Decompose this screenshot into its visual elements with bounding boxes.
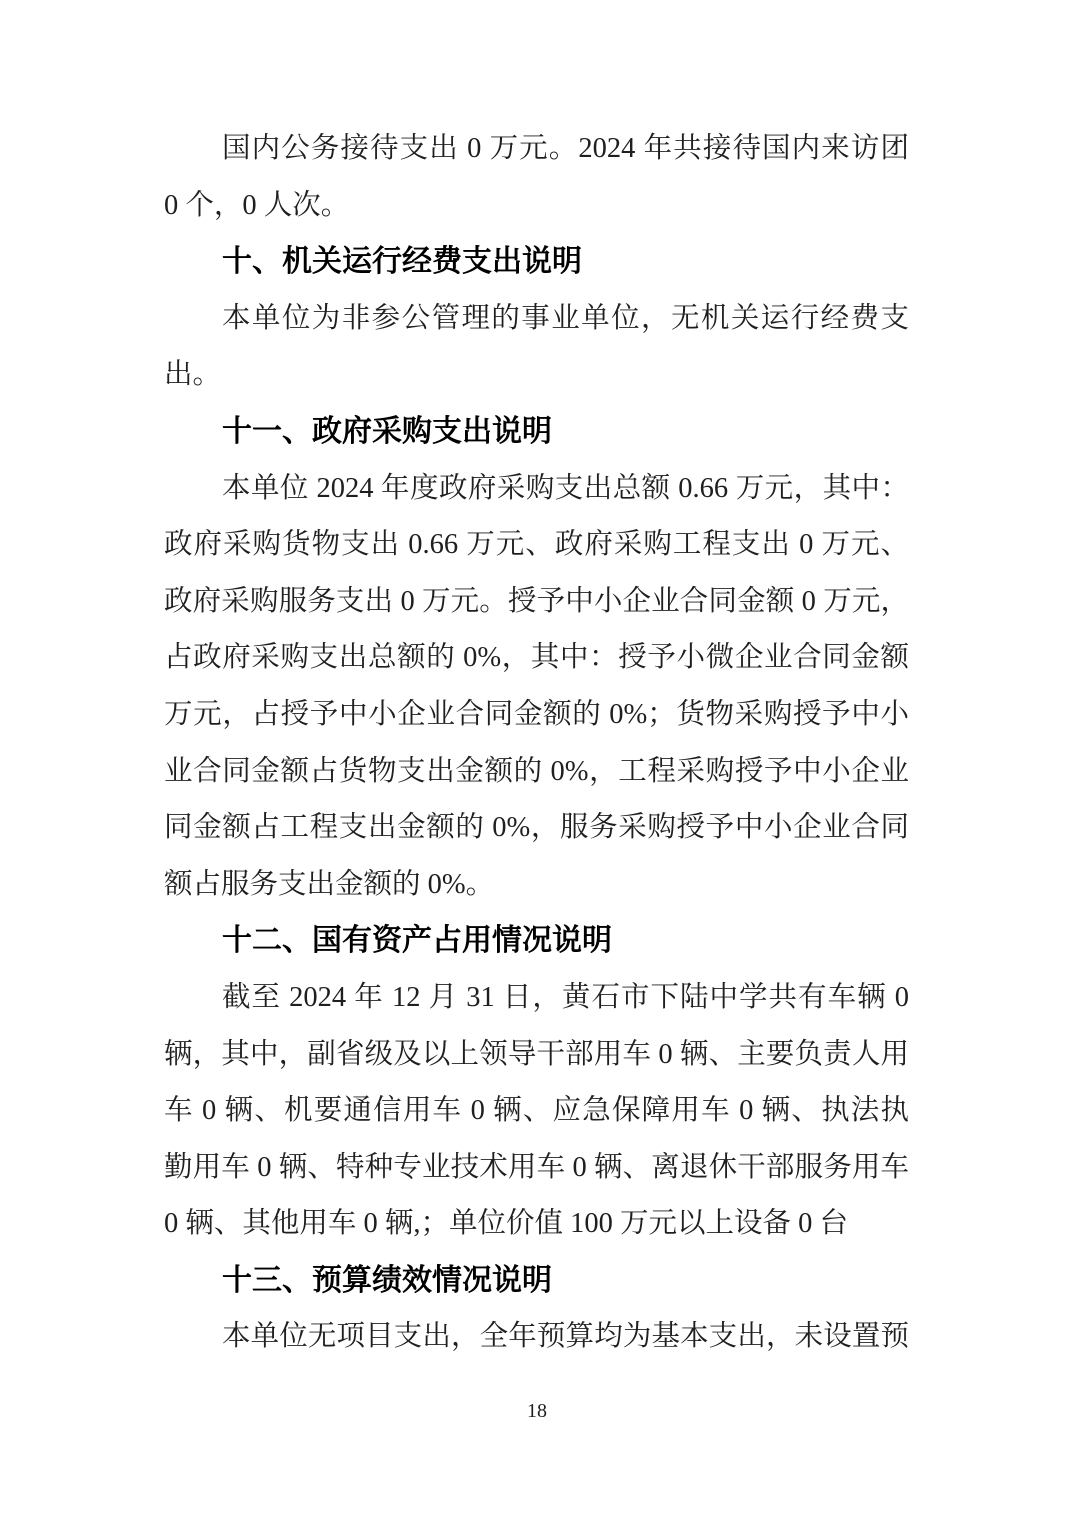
document-page: 国内公务接待支出 0 万元。2024 年共接待国内来访团组0 个，0 人次。十、… (0, 0, 1074, 1520)
paragraph-line: 万元，占授予中小企业合同金额的 0%；货物采购授予中小企 (164, 687, 909, 744)
page-number: 18 (0, 1400, 1074, 1423)
document-body: 国内公务接待支出 0 万元。2024 年共接待国内来访团组0 个，0 人次。十、… (164, 121, 909, 1366)
paragraph-line: 截至 2024 年 12 月 31 日，黄石市下陆中学共有车辆 0 (164, 970, 909, 1027)
paragraph-line: 出。 (164, 347, 909, 404)
paragraph-line: 0 辆、其他用车 0 辆,；单位价值 100 万元以上设备 0 台（套）。 (164, 1196, 909, 1253)
paragraph-line: 辆，其中，副省级及以上领导干部用车 0 辆、主要负责人用 (164, 1027, 909, 1084)
paragraph-line: 业合同金额占货物支出金额的 0%，工程采购授予中小企业合 (164, 744, 909, 801)
paragraph-line: 占政府采购支出总额的 0%，其中：授予小微企业合同金额 0 (164, 630, 909, 687)
paragraph-line: 本单位 2024 年度政府采购支出总额 0.66 万元，其中： (164, 461, 909, 518)
paragraph-line: 同金额占工程支出金额的 0%，服务采购授予中小企业合同金 (164, 800, 909, 857)
paragraph-line: 国内公务接待支出 0 万元。2024 年共接待国内来访团组 (164, 121, 909, 178)
section-heading: 十一、政府采购支出说明 (164, 404, 909, 461)
paragraph-line: 勤用车 0 辆、特种专业技术用车 0 辆、离退休干部服务用车 (164, 1140, 909, 1197)
section-heading: 十二、国有资产占用情况说明 (164, 913, 909, 970)
section-heading: 十、机关运行经费支出说明 (164, 234, 909, 291)
paragraph-line: 政府采购服务支出 0 万元。授予中小企业合同金额 0 万元， (164, 574, 909, 631)
paragraph-line: 0 个，0 人次。 (164, 178, 909, 235)
paragraph-line: 额占服务支出金额的 0%。 (164, 857, 909, 914)
paragraph-line: 本单位无项目支出，全年预算均为基本支出，未设置预 (164, 1309, 909, 1366)
paragraph-line: 本单位为非参公管理的事业单位，无机关运行经费支 (164, 291, 909, 348)
paragraph-line: 车 0 辆、机要通信用车 0 辆、应急保障用车 0 辆、执法执 (164, 1083, 909, 1140)
section-heading: 十三、预算绩效情况说明 (164, 1253, 909, 1310)
paragraph-line: 政府采购货物支出 0.66 万元、政府采购工程支出 0 万元、 (164, 517, 909, 574)
